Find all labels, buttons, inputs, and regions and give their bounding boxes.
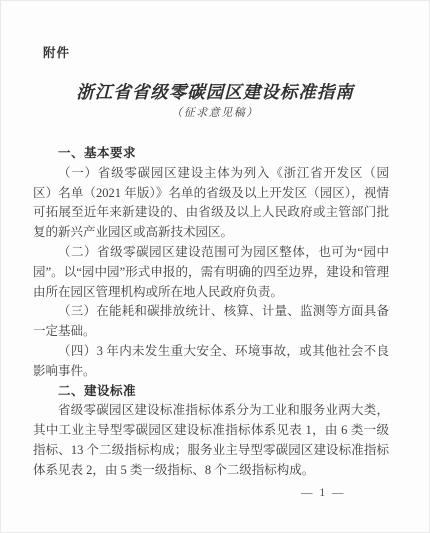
section-heading-construction-standards: 二、建设标准 (33, 382, 389, 402)
paragraph-2-1: 省级零碳园区建设标准指标体系分为工业和服务业两大类，其中工业主导型零碳园区建设标… (33, 401, 389, 480)
doc-subtitle: （征求意见稿） (1, 104, 429, 120)
paragraph-1-1: （一）省级零碳园区建设主体为列入《浙江省开发区（园区）名单（2021 年版）》名… (33, 164, 389, 243)
document-body: 一、基本要求 （一）省级零碳园区建设主体为列入《浙江省开发区（园区）名单（202… (33, 144, 389, 481)
attachment-label: 附件 (43, 43, 70, 61)
section-heading-basic-requirements: 一、基本要求 (33, 144, 389, 164)
paragraph-1-3: （三）在能耗和碳排放统计、核算、计量、监测等方面具备一定基础。 (33, 302, 389, 342)
doc-title: 浙江省省级零碳园区建设标准指南 (1, 79, 429, 104)
document-page: 附件 浙江省省级零碳园区建设标准指南 （征求意见稿） 一、基本要求 （一）省级零… (0, 0, 430, 533)
paragraph-1-4: （四）3 年内未发生重大安全、环境事故，或其他社会不良影响事件。 (33, 342, 389, 382)
paragraph-1-2: （二）省级零碳园区建设范围可为园区整体，也可为“园中园”。以“园中园”形式申报的… (33, 243, 389, 302)
page-number: — 1 — (301, 487, 346, 499)
